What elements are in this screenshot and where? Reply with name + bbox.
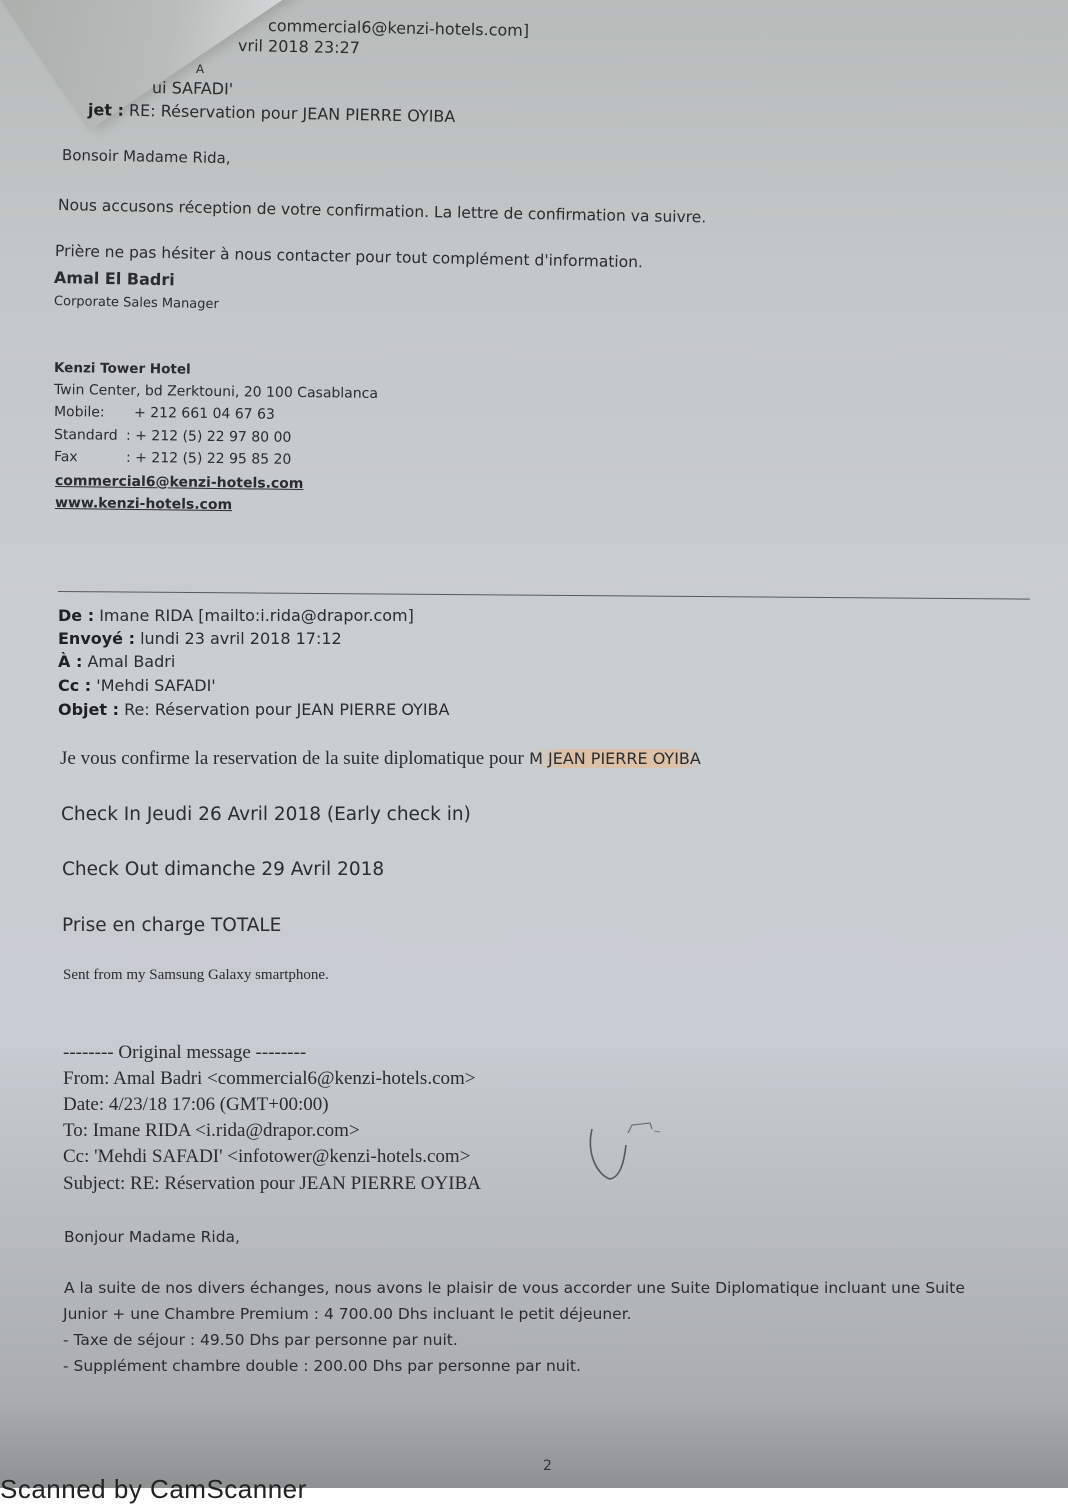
confirm-to-label: À : xyxy=(58,652,82,671)
signature-mobile: Mobile:+ 212 661 04 67 63 xyxy=(54,404,275,423)
fax-label: Fax xyxy=(54,449,126,466)
divider xyxy=(58,591,1030,600)
scanner-watermark: Scanned by CamScanner xyxy=(0,1474,307,1505)
signature-name: Amal El Badri xyxy=(54,268,175,289)
confirm-intro-text: Je vous confirme la reservation de la su… xyxy=(60,748,524,769)
guest-name-highlight: M JEAN PIERRE OYIBA xyxy=(529,749,701,768)
confirm-cc-label: Cc : xyxy=(58,676,91,695)
original-subject: Subject: RE: Réservation pour JEAN PIERR… xyxy=(63,1173,481,1195)
top-to-fragment: A xyxy=(196,62,204,76)
standard-label: Standard xyxy=(54,427,126,444)
signature-address: Twin Center, bd Zerktouni, 20 100 Casabl… xyxy=(54,382,378,402)
confirm-cc-row: Cc : 'Mehdi SAFADI' xyxy=(58,676,216,695)
confirm-from-value: Imane RIDA [mailto:i.rida@drapor.com] xyxy=(99,606,414,625)
signature-email-link[interactable]: commercial6@kenzi-hotels.com xyxy=(55,473,304,492)
handwritten-mark-icon xyxy=(580,1115,670,1190)
fax-value: : + 212 (5) 22 95 85 20 xyxy=(126,450,292,468)
tax-line: - Taxe de séjour : 49.50 Dhs par personn… xyxy=(63,1331,458,1349)
top-cc-fragment: ui SAFADI' xyxy=(152,78,234,99)
offer-line-2: Junior + une Chambre Premium : 4 700.00 … xyxy=(63,1305,632,1323)
top-sent-fragment: vril 2018 23:27 xyxy=(238,36,360,57)
standard-value: : + 212 (5) 22 97 80 00 xyxy=(126,428,292,446)
signature-standard: Standard: + 212 (5) 22 97 80 00 xyxy=(54,427,292,446)
check-out-line: Check Out dimanche 29 Avril 2018 xyxy=(62,859,384,880)
original-from: From: Amal Badri <commercial6@kenzi-hote… xyxy=(63,1068,476,1090)
original-cc: Cc: 'Mehdi SAFADI' <infotower@kenzi-hote… xyxy=(63,1146,470,1168)
offer-line-1: A la suite de nos divers échanges, nous … xyxy=(64,1279,965,1297)
confirm-sent-row: Envoyé : lundi 23 avril 2018 17:12 xyxy=(58,629,342,648)
confirm-body-intro: Je vous confirme la reservation de la su… xyxy=(60,748,701,770)
confirm-subject-label: Objet : xyxy=(58,700,119,719)
confirm-subject-row: Objet : Re: Réservation pour JEAN PIERRE… xyxy=(58,700,449,719)
mobile-signature: Sent from my Samsung Galaxy smartphone. xyxy=(63,967,329,984)
confirm-sent-label: Envoyé : xyxy=(58,629,135,648)
confirm-from-row: De : Imane RIDA [mailto:i.rida@drapor.co… xyxy=(58,606,414,625)
signature-website-link[interactable]: www.kenzi-hotels.com xyxy=(55,495,232,513)
scanned-page: commercial6@kenzi-hotels.com] vril 2018 … xyxy=(0,0,1068,1488)
mobile-value: + 212 661 04 67 63 xyxy=(134,405,275,423)
original-separator: -------- Original message -------- xyxy=(63,1042,306,1064)
top-subject-value: RE: Réservation pour JEAN PIERRE OYIBA xyxy=(129,101,456,126)
page-number: 2 xyxy=(543,1458,552,1474)
supplement-line: - Supplément chambre double : 200.00 Dhs… xyxy=(63,1357,581,1375)
confirm-subject-value: Re: Réservation pour JEAN PIERRE OYIBA xyxy=(124,700,449,719)
confirm-from-label: De : xyxy=(58,606,94,625)
signature-fax: Fax: + 212 (5) 22 95 85 20 xyxy=(54,449,292,468)
original-date: Date: 4/23/18 17:06 (GMT+00:00) xyxy=(63,1094,329,1116)
confirm-to-row: À : Amal Badri xyxy=(58,652,175,671)
top-subject: jet : RE: Réservation pour JEAN PIERRE O… xyxy=(88,100,456,126)
coverage-line: Prise en charge TOTALE xyxy=(62,915,281,936)
top-subject-label: jet : xyxy=(88,100,124,120)
check-in-line: Check In Jeudi 26 Avril 2018 (Early chec… xyxy=(61,804,471,825)
confirm-sent-value: lundi 23 avril 2018 17:12 xyxy=(140,629,342,648)
confirm-to-value: Amal Badri xyxy=(87,652,175,671)
signature-hotel: Kenzi Tower Hotel xyxy=(54,360,191,378)
original-to: To: Imane RIDA <i.rida@drapor.com> xyxy=(63,1120,360,1142)
top-greeting: Bonsoir Madame Rida, xyxy=(62,146,231,167)
signature-title: Corporate Sales Manager xyxy=(54,294,219,312)
confirm-cc-value: 'Mehdi SAFADI' xyxy=(96,676,215,695)
top-body-line-1: Nous accusons réception de votre confirm… xyxy=(58,196,707,226)
original-greeting: Bonjour Madame Rida, xyxy=(64,1228,240,1246)
mobile-label: Mobile: xyxy=(54,404,134,421)
top-body-line-2: Prière ne pas hésiter à nous contacter p… xyxy=(55,242,643,271)
